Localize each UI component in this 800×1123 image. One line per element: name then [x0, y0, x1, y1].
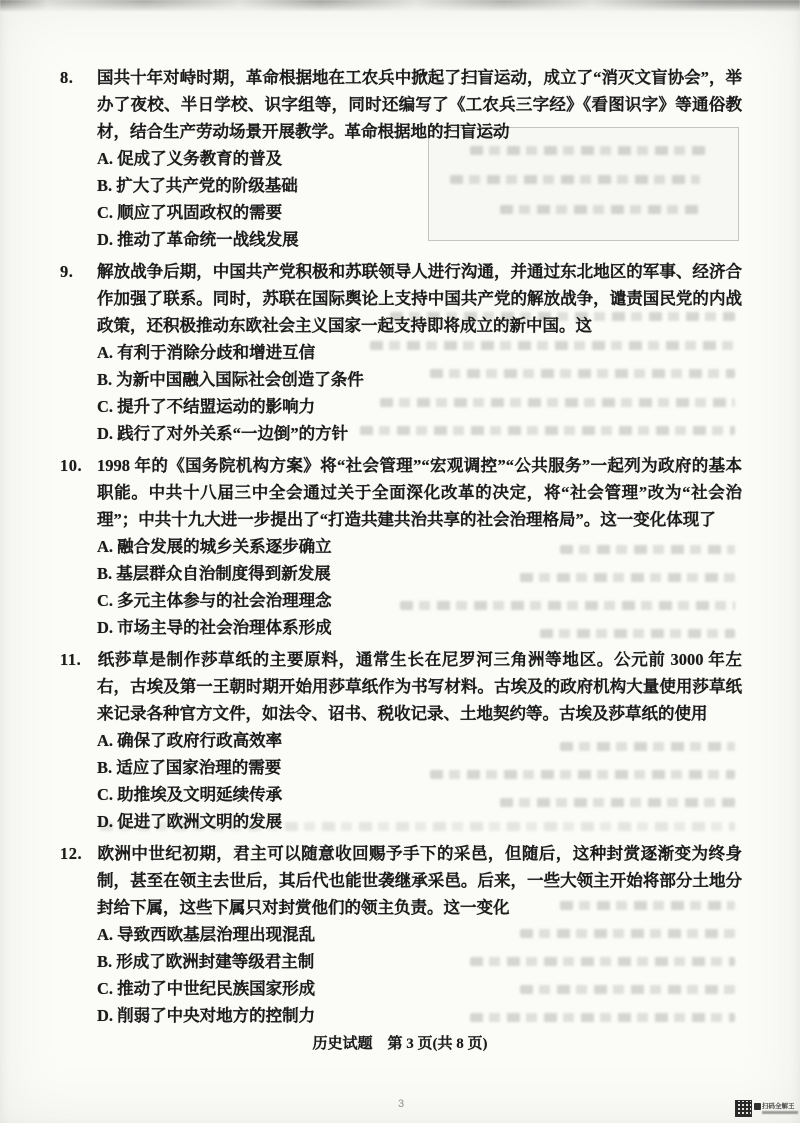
stamp-subtext-blur: [762, 1111, 798, 1114]
option-c: C. 推动了中世纪民族国家形成: [60, 975, 742, 1002]
option-c: C. 顺应了巩固政权的需要: [60, 199, 742, 226]
option-d: D. 市场主导的社会治理体系形成: [60, 614, 742, 641]
option-a: A. 促成了义务教育的普及: [60, 145, 742, 172]
question-stem-text: 欧洲中世纪初期，君主可以随意收回赐予手下的采邑，但随后，这种封赏逐渐变为终身制，…: [97, 844, 742, 917]
stamp-brand-text: 扫码全解王: [762, 1103, 795, 1110]
question-11: 11.纸莎草是制作莎草纸的主要原料，通常生长在尼罗河三角洲等地区。公元前 300…: [60, 646, 742, 835]
question-10: 10.1998 年的《国务院机构方案》将“社会管理”“宏观调控”“公共服务”一起…: [60, 452, 742, 641]
question-stem: 12.欧洲中世纪初期，君主可以随意收回赐予手下的采邑，但随后，这种封赏逐渐变为终…: [60, 840, 742, 921]
question-number: 10.: [60, 452, 97, 479]
question-stem: 10.1998 年的《国务院机构方案》将“社会管理”“宏观调控”“公共服务”一起…: [60, 452, 742, 533]
option-b: B. 为新中国融入国际社会创造了条件: [60, 366, 742, 393]
question-stem-text: 国共十年对峙时期，革命根据地在工农兵中掀起了扫盲运动，成立了“消灭文盲协会”，举…: [97, 68, 742, 141]
option-a: A. 有利于消除分歧和增进互信: [60, 339, 742, 366]
exam-content: 8.国共十年对峙时期，革命根据地在工农兵中掀起了扫盲运动，成立了“消灭文盲协会”…: [60, 64, 742, 1034]
question-number: 8.: [60, 64, 97, 91]
option-a: A. 导致西欧基层治理出现混乱: [60, 921, 742, 948]
option-c: C. 提升了不结盟运动的影响力: [60, 393, 742, 420]
question-stem: 9.解放战争后期，中国共产党积极和苏联领导人进行沟通，并通过东北地区的军事、经济…: [60, 258, 742, 339]
option-c: C. 多元主体参与的社会治理理念: [60, 587, 742, 614]
question-stem-text: 纸莎草是制作莎草纸的主要原料，通常生长在尼罗河三角洲等地区。公元前 3000 年…: [97, 650, 742, 723]
option-d: D. 践行了对外关系“一边倒”的方针: [60, 420, 742, 447]
option-b: B. 扩大了共产党的阶级基础: [60, 172, 742, 199]
question-12: 12.欧洲中世纪初期，君主可以随意收回赐予手下的采邑，但随后，这种封赏逐渐变为终…: [60, 840, 742, 1029]
scan-edge-artifact: [0, 0, 800, 12]
option-c: C. 助推埃及文明延续传承: [60, 781, 742, 808]
option-b: B. 基层群众自治制度得到新发展: [60, 560, 742, 587]
option-a: A. 确保了政府行政高效率: [60, 727, 742, 754]
option-d: D. 促进了欧洲文明的发展: [60, 808, 742, 835]
question-stem: 8.国共十年对峙时期，革命根据地在工农兵中掀起了扫盲运动，成立了“消灭文盲协会”…: [60, 64, 742, 145]
question-number: 9.: [60, 258, 97, 285]
question-stem-text: 1998 年的《国务院机构方案》将“社会管理”“宏观调控”“公共服务”一起列为政…: [97, 456, 742, 529]
option-d: D. 削弱了中央对地方的控制力: [60, 1002, 742, 1029]
question-stem: 11.纸莎草是制作莎草纸的主要原料，通常生长在尼罗河三角洲等地区。公元前 300…: [60, 646, 742, 727]
question-number: 12.: [60, 840, 97, 867]
qr-stamp: 扫码全解王: [735, 1096, 797, 1120]
qr-code-icon: [735, 1100, 752, 1117]
question-9: 9.解放战争后期，中国共产党积极和苏联领导人进行沟通，并通过东北地区的军事、经济…: [60, 258, 742, 447]
brand-logo-icon: [754, 1103, 761, 1110]
question-number: 11.: [60, 646, 97, 673]
question-stem-text: 解放战争后期，中国共产党积极和苏联领导人进行沟通，并通过东北地区的军事、经济合作…: [97, 262, 742, 335]
stamp-label-block: 扫码全解王: [754, 1103, 798, 1114]
scan-page-number: 3: [398, 1098, 404, 1110]
option-a: A. 融合发展的城乡关系逐步确立: [60, 533, 742, 560]
option-b: B. 适应了国家治理的需要: [60, 754, 742, 781]
question-8: 8.国共十年对峙时期，革命根据地在工农兵中掀起了扫盲运动，成立了“消灭文盲协会”…: [60, 64, 742, 253]
page-footer: 历史试题 第 3 页(共 8 页): [0, 1032, 800, 1053]
option-d: D. 推动了革命统一战线发展: [60, 226, 742, 253]
option-b: B. 形成了欧洲封建等级君主制: [60, 948, 742, 975]
